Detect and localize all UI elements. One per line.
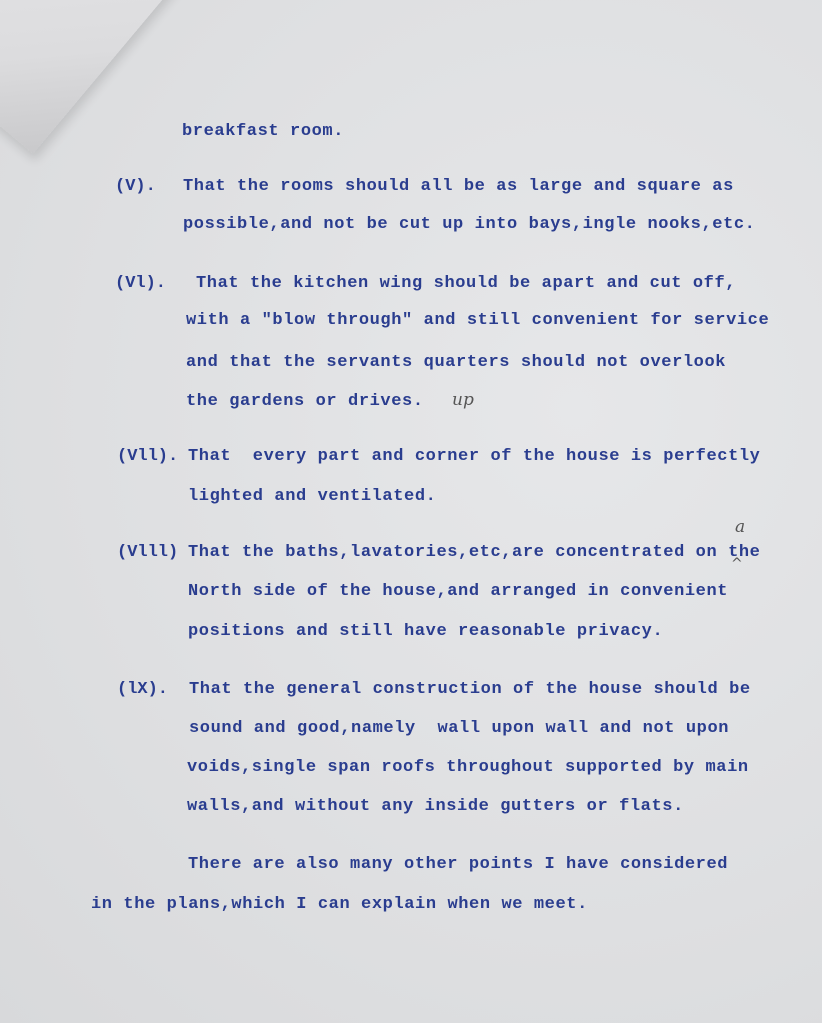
item-label-viii: (Vlll) bbox=[117, 543, 178, 562]
item-viii-line-2: North side of the house,and arranged in … bbox=[188, 582, 728, 601]
item-vi-line-2: with a "blow through" and still convenie… bbox=[186, 311, 769, 330]
item-vii-line-2: lighted and ventilated. bbox=[188, 487, 436, 506]
item-v-line-1: That the rooms should all be as large an… bbox=[183, 177, 734, 196]
item-label-vii: (Vll). bbox=[117, 447, 178, 466]
handwritten-insertion: a bbox=[735, 517, 745, 537]
item-ix-line-1: That the general construction of the hou… bbox=[189, 680, 751, 699]
handwritten-annotation: up bbox=[452, 390, 474, 410]
closing-line-2: in the plans,which I can explain when we… bbox=[91, 895, 588, 914]
item-label-ix: (lX). bbox=[117, 680, 168, 699]
item-ix-line-4: walls,and without any inside gutters or … bbox=[187, 797, 684, 816]
item-vii-line-1: That every part and corner of the house … bbox=[188, 447, 761, 466]
closing-line-1: There are also many other points I have … bbox=[188, 855, 728, 874]
item-viii-line-1: That the baths,lavatories,etc,are concen… bbox=[188, 543, 761, 562]
page-fold-corner bbox=[0, 0, 200, 154]
insertion-caret: ^ bbox=[731, 556, 743, 572]
item-ix-line-2: sound and good,namely wall upon wall and… bbox=[189, 719, 729, 738]
item-vi-line-4: the gardens or drives. bbox=[186, 392, 424, 411]
item-label-vi: (Vl). bbox=[115, 274, 166, 293]
item-vi-line-1: That the kitchen wing should be apart an… bbox=[196, 274, 736, 293]
typewritten-page: breakfast room. (V). That the rooms shou… bbox=[0, 0, 822, 1023]
item-v-line-2: possible,and not be cut up into bays,ing… bbox=[183, 215, 756, 234]
opening-line: breakfast room. bbox=[182, 122, 344, 141]
item-label-v: (V). bbox=[115, 177, 156, 196]
item-ix-line-3: voids,single span roofs throughout suppo… bbox=[187, 758, 749, 777]
item-vi-line-3: and that the servants quarters should no… bbox=[186, 353, 726, 372]
item-viii-line-3: positions and still have reasonable priv… bbox=[188, 622, 663, 641]
